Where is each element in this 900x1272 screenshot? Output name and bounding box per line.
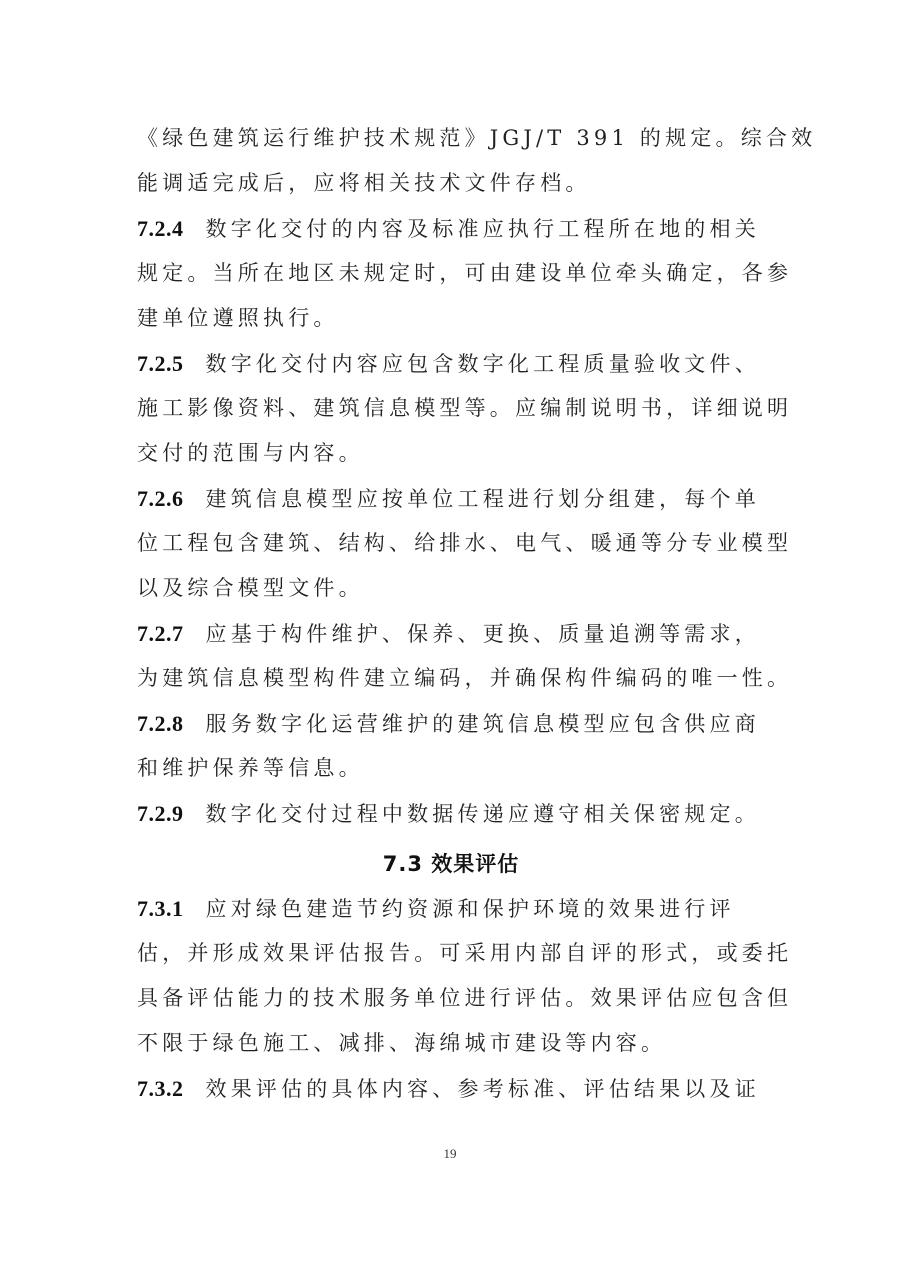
clause-7-3-1: 7.3.1应对绿色建造节约资源和保护环境的效果进行评 (137, 886, 765, 931)
body-text-line: 以及综合模型文件。 (137, 566, 765, 611)
body-text-line: 具备评估能力的技术服务单位进行评估。效果评估应包含但 (137, 976, 765, 1021)
clause-7-2-5: 7.2.5数字化交付内容应包含数字化工程质量验收文件、 (137, 341, 765, 386)
body-text-line: 建单位遵照执行。 (137, 296, 765, 341)
clause-text: 应对绿色建造节约资源和保护环境的效果进行评 (206, 897, 735, 921)
body-text-line: 估，并形成效果评估报告。可采用内部自评的形式，或委托 (137, 931, 765, 976)
clause-text: 应基于构件维护、保养、更换、质量追溯等需求， (206, 622, 760, 646)
clause-text: 数字化交付内容应包含数字化工程质量验收文件、 (206, 352, 760, 376)
clause-text: 服务数字化运营维护的建筑信息模型应包含供应商 (206, 712, 760, 736)
body-text-line: 不限于绿色施工、减排、海绵城市建设等内容。 (137, 1021, 765, 1066)
clause-7-2-4: 7.2.4数字化交付的内容及标准应执行工程所在地的相关 (137, 206, 765, 251)
clause-7-2-7: 7.2.7应基于构件维护、保养、更换、质量追溯等需求， (137, 611, 765, 656)
body-text-line: 施工影像资料、建筑信息模型等。应编制说明书，详细说明 (137, 386, 765, 431)
clause-7-2-9: 7.2.9数字化交付过程中数据传递应遵守相关保密规定。 (137, 791, 765, 836)
clause-number: 7.2.9 (137, 801, 184, 826)
clause-text: 效果评估的具体内容、参考标准、评估结果以及证 (206, 1077, 760, 1101)
body-text-line: 能调适完成后，应将相关技术文件存档。 (137, 161, 765, 206)
clause-number: 7.2.8 (137, 711, 184, 736)
clause-number: 7.2.6 (137, 486, 184, 511)
section-heading: 7.3 效果评估 (137, 840, 765, 888)
body-text-line: 和维护保养等信息。 (137, 746, 765, 791)
clause-number: 7.2.5 (137, 351, 184, 376)
clause-7-2-6: 7.2.6建筑信息模型应按单位工程进行划分组建，每个单 (137, 476, 765, 521)
body-text-line: 规定。当所在地区未规定时，可由建设单位牵头确定，各参 (137, 251, 765, 296)
clause-text: 数字化交付的内容及标准应执行工程所在地的相关 (206, 217, 760, 241)
clause-number: 7.3.1 (137, 896, 184, 921)
page-number: 19 (0, 1146, 900, 1162)
clause-text: 数字化交付过程中数据传递应遵守相关保密规定。 (206, 802, 760, 826)
clause-number: 7.3.2 (137, 1076, 184, 1101)
document-page-body: 《绿色建筑运行维护技术规范》JGJ/T 391 的规定。综合效 能调适完成后，应… (137, 116, 765, 1111)
body-text-line: 《绿色建筑运行维护技术规范》JGJ/T 391 的规定。综合效 (137, 116, 765, 161)
body-text-line: 位工程包含建筑、结构、给排水、电气、暖通等分专业模型 (137, 521, 765, 566)
clause-number: 7.2.7 (137, 621, 184, 646)
body-text-line: 交付的范围与内容。 (137, 431, 765, 476)
clause-7-3-2: 7.3.2效果评估的具体内容、参考标准、评估结果以及证 (137, 1066, 765, 1111)
body-text-line: 为建筑信息模型构件建立编码，并确保构件编码的唯一性。 (137, 656, 765, 701)
clause-text: 建筑信息模型应按单位工程进行划分组建，每个单 (206, 487, 760, 511)
clause-number: 7.2.4 (137, 216, 184, 241)
clause-7-2-8: 7.2.8服务数字化运营维护的建筑信息模型应包含供应商 (137, 701, 765, 746)
